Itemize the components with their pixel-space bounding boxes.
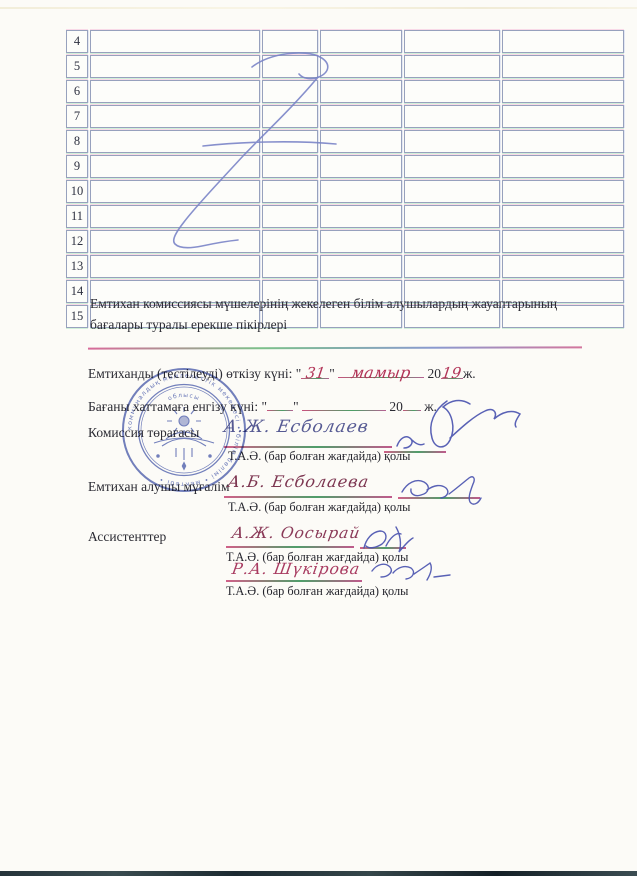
protocol-date-quote: " — [293, 399, 299, 414]
table-cell — [502, 180, 624, 203]
table-cell — [320, 230, 402, 253]
table-cell — [320, 30, 402, 53]
table-cell — [262, 130, 318, 153]
table-row: 10 — [66, 180, 624, 203]
table-row: 8 — [66, 130, 624, 153]
exam-date-quote: " — [329, 366, 335, 381]
exam-year-prefix: 20 — [427, 366, 441, 381]
official-stamp: коммуналдық мемлекеттік мекемесі • білім… — [114, 360, 254, 500]
row-number-cell: 4 — [66, 30, 88, 53]
table-row: 5 — [66, 55, 624, 78]
row-number-cell: 11 — [66, 205, 88, 228]
table-cell — [404, 30, 500, 53]
table-cell — [404, 105, 500, 128]
table-cell — [502, 55, 624, 78]
table-cell — [404, 130, 500, 153]
table-cell — [404, 230, 500, 253]
table-cell — [90, 130, 260, 153]
table-cell — [262, 55, 318, 78]
table-cell — [262, 155, 318, 178]
table-cell — [502, 80, 624, 103]
table-row: 6 — [66, 80, 624, 103]
row-number-cell: 9 — [66, 155, 88, 178]
table-cell — [262, 255, 318, 278]
row-number-cell: 6 — [66, 80, 88, 103]
row-number-cell: 15 — [66, 305, 88, 328]
table-cell — [262, 230, 318, 253]
table-row: 13 — [66, 255, 624, 278]
table-cell — [262, 80, 318, 103]
table-cell — [90, 80, 260, 103]
score-table-body: 456789101112131415 — [66, 30, 624, 328]
table-cell — [502, 130, 624, 153]
scan-edge-bottom — [0, 871, 637, 876]
table-cell — [404, 80, 500, 103]
table-cell — [502, 155, 624, 178]
table-cell — [404, 155, 500, 178]
table-cell — [404, 55, 500, 78]
row-number-cell: 8 — [66, 130, 88, 153]
table-cell — [502, 230, 624, 253]
stamp-inner-text: облысы — [167, 392, 201, 402]
name-signature-caption: Т.А.Ә. (бар болған жағдайда) қолы — [228, 500, 410, 515]
table-cell — [320, 205, 402, 228]
table-cell — [90, 55, 260, 78]
table-cell — [90, 155, 260, 178]
special-opinions-note: Емтихан комиссиясы мүшелерінің жекелеген… — [90, 293, 568, 336]
row-number-cell: 12 — [66, 230, 88, 253]
protocol-year-blank — [403, 396, 421, 411]
assistants-label: Ассистенттер — [88, 529, 166, 545]
examiner-signature — [402, 477, 481, 504]
score-table: 456789101112131415 — [64, 28, 626, 330]
table-row: 11 — [66, 205, 624, 228]
assistant2-name-line — [226, 580, 362, 582]
table-cell — [262, 105, 318, 128]
table-cell — [90, 105, 260, 128]
examiner-signature-line — [398, 497, 480, 499]
table-cell — [320, 80, 402, 103]
handwritten-day: 31 — [304, 364, 326, 382]
assistant1-signature-line — [360, 547, 406, 549]
handwritten-month: мамыр — [350, 363, 412, 382]
table-row: 12 — [66, 230, 624, 253]
handwritten-assistant1-name: А.Ж. Оосырай — [231, 524, 362, 542]
table-cell — [90, 205, 260, 228]
assistant1-name-line — [226, 546, 354, 548]
assistant2-signature — [372, 563, 450, 580]
exam-date-suffix: ж. — [463, 366, 476, 381]
scanned-exam-protocol-page: 456789101112131415 Емтихан комиссиясы мү… — [0, 0, 637, 876]
exam-day-blank: 31 — [301, 364, 329, 379]
table-row: 4 — [66, 30, 624, 53]
row-number-cell: 10 — [66, 180, 88, 203]
row-number-cell: 13 — [66, 255, 88, 278]
protocol-date-suffix: ж. — [424, 399, 437, 414]
protocol-year-prefix: 20 — [389, 399, 403, 414]
table-cell — [90, 255, 260, 278]
table-cell — [502, 30, 624, 53]
ruled-line — [88, 346, 582, 349]
table-cell — [90, 230, 260, 253]
table-row: 9 — [66, 155, 624, 178]
table-cell — [404, 180, 500, 203]
exam-year-blank: 19 — [441, 364, 463, 379]
table-cell — [502, 255, 624, 278]
exam-month-blank: мамыр — [338, 363, 424, 378]
protocol-month-blank — [302, 396, 386, 411]
table-cell — [90, 30, 260, 53]
handwritten-year: 19 — [441, 364, 463, 382]
table-cell — [320, 105, 402, 128]
table-cell — [320, 180, 402, 203]
table-cell — [404, 205, 500, 228]
table-cell — [262, 180, 318, 203]
name-signature-caption: Т.А.Ә. (бар болған жағдайда) қолы — [228, 449, 410, 464]
table-row: 7 — [66, 105, 624, 128]
table-cell — [320, 55, 402, 78]
scan-edge-top — [0, 7, 637, 9]
row-number-cell: 7 — [66, 105, 88, 128]
table-cell — [262, 205, 318, 228]
table-cell — [320, 255, 402, 278]
name-signature-caption: Т.А.Ә. (бар болған жағдайда) қолы — [226, 584, 408, 599]
table-cell — [404, 255, 500, 278]
table-cell — [502, 205, 624, 228]
table-cell — [262, 30, 318, 53]
table-cell — [502, 105, 624, 128]
handwritten-assistant2-name: Р.А. Шүкірова — [231, 560, 362, 578]
row-number-cell: 5 — [66, 55, 88, 78]
table-cell — [320, 130, 402, 153]
table-cell — [90, 180, 260, 203]
protocol-day-blank — [267, 396, 293, 411]
row-number-cell: 14 — [66, 280, 88, 303]
table-cell — [320, 155, 402, 178]
stamp-emblem — [154, 407, 214, 470]
